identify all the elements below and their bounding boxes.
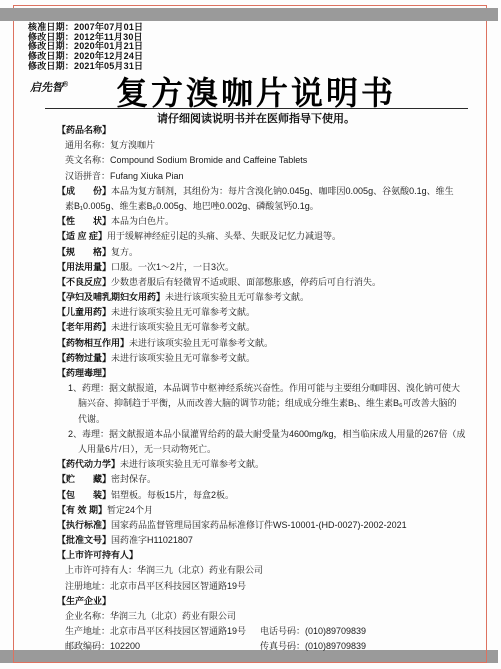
line-specification: 【规 格】复方。 [57,245,475,260]
drug-leaflet-page: 核准日期：2007年07月01日 修改日期：2012年11月30日 修改日期：2… [0,0,501,669]
line-pharmacology-heading: 【药理毒理】 [57,366,475,381]
line-pharmacology-item1: 1、药理：据文献报道，本品调节中枢神经系统兴奋性。作用可能与主要组分咖啡因、溴化… [57,381,475,396]
line-storage: 【贮 藏】密封保存。 [57,472,475,487]
line-postal-code: 邮政编码：102200传真号码：(010)89709839 [57,639,475,654]
line-manufacturer-heading: 【生产企业】 [57,594,475,609]
line-mah-name: 上市许可持有人：华润三九（北京）药业有限公司 [57,563,475,578]
line-pharmacology-item1-continued: 脑兴奋、抑制趋于平衡，从而改善大脑的调节功能；组成成分维生素B₁、维生素B₆可改… [57,396,475,411]
line-executive-standard: 【执行标准】国家药品监督管理局国家药品标准修订件WS-10001-(HD-002… [57,518,475,533]
line-mah-heading: 【上市许可持有人】 [57,548,475,563]
line-toxicology-item2: 2、毒理：据文献报道本品小鼠灌胃给药的最大耐受量为4600mg/kg，相当临床成… [57,427,475,442]
line-dosage: 【用法用量】口服。一次1～2片，一日3次。 [57,260,475,275]
line-pinyin-name: 汉语拼音：Fufang Xiuka Pian [57,169,475,184]
line-pregnancy-use: 【孕妇及哺乳期妇女用药】未进行该项实验且无可靠参考文献。 [57,290,475,305]
approval-dates-block: 核准日期：2007年07月01日 修改日期：2012年11月30日 修改日期：2… [28,23,143,72]
line-drug-name-heading: 【药品名称】 [57,123,475,138]
line-pharmacokinetics: 【药代动力学】未进行该项实验且无可靠参考文献。 [57,457,475,472]
title-divider [45,108,468,109]
line-indications: 【适 应 症】用于缓解神经症引起的头痛、头晕、失眠及记忆力减退等。 [57,229,475,244]
line-elderly-use: 【老年用药】未进行该项实验且无可靠参考文献。 [57,320,475,335]
line-toxicology-item2-continued: 人用量6片/日），无一只动物死亡。 [57,442,475,457]
fax-number: 传真号码：(010)89709839 [260,639,366,654]
line-generic-name: 通用名称：复方溴咖片 [57,138,475,153]
line-composition-continued: 素B₁0.005g、维生素B₆0.005g、地巴唑0.002g、磷酸氢钙0.1g… [57,199,475,214]
top-scan-bar [0,8,498,21]
line-overdose: 【药物过量】未进行该项实验且无可靠参考文献。 [57,351,475,366]
line-english-name: 英文名称：Compound Sodium Bromide and Caffein… [57,153,475,168]
phone-number: 电话号码：(010)89709839 [260,624,366,639]
line-approval-number: 【批准文号】国药准字H11021807 [57,533,475,548]
line-children-use: 【儿童用药】未进行该项实验且无可靠参考文献。 [57,305,475,320]
line-adverse-reactions: 【不良反应】少数患者服后有轻微胃不适或眼、面部憋胀感，停药后可自行消失。 [57,275,475,290]
line-production-address: 生产地址：北京市昌平区科技园区智通路19号电话号码：(010)89709839 [57,624,475,639]
line-company-name: 企业名称：华润三九（北京）药业有限公司 [57,609,475,624]
line-pharmacology-item1-continued2: 代谢。 [57,412,475,427]
line-composition: 【成 份】本品为复方制剂，其组份为：每片含溴化钠0.045g、咖啡因0.005g… [57,184,475,199]
line-validity-period: 【有 效 期】暂定24个月 [57,503,475,518]
leaflet-body: 【药品名称】 通用名称：复方溴咖片 英文名称：Compound Sodium B… [57,123,475,655]
line-mah-address: 注册地址：北京市昌平区科技园区智通路19号 [57,579,475,594]
line-package: 【包 装】铝塑板。每板15片，每盒2板。 [57,488,475,503]
line-drug-interactions: 【药物相互作用】未进行该项实验且无可靠参考文献。 [57,336,475,351]
line-character: 【性 状】本品为白色片。 [57,214,475,229]
